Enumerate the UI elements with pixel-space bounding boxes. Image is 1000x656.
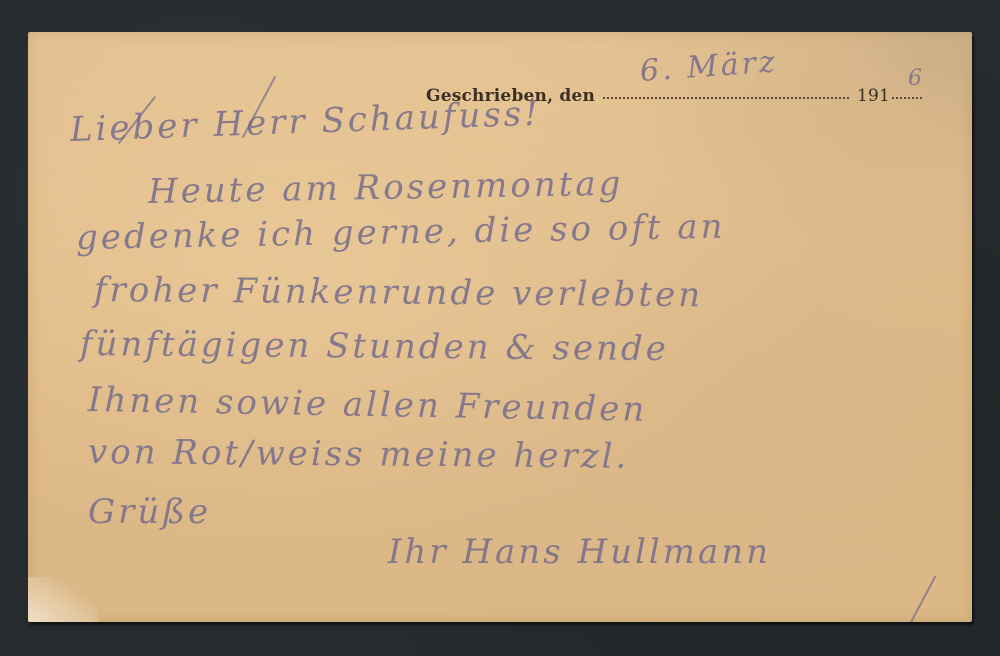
pen-stroke: [902, 576, 937, 622]
postcard: Geschrieben, den 191 6. März 6 Lieber He…: [28, 32, 972, 622]
letter-line: gedenke ich gerne, die so oft an: [76, 207, 726, 258]
handwritten-date: 6. März: [639, 44, 779, 89]
letter-line: von Rot/weiss meine herzl.: [88, 432, 630, 477]
letter-line-greeting: Grüße: [88, 492, 211, 532]
year-dotted-line: [892, 97, 922, 99]
salutation: Lieber Herr Schaufuss!: [69, 94, 541, 150]
letter-line: Ihnen sowie allen Freunden: [88, 380, 648, 430]
letter-line: froher Fünkenrunde verlebten: [94, 270, 703, 315]
printed-year-prefix: 191: [857, 86, 890, 106]
handwritten-year-digit: 6: [908, 66, 925, 91]
letter-line: fünftägigen Stunden & sende: [80, 324, 669, 369]
signature: Ihr Hans Hullmann: [388, 532, 771, 572]
letter-line: Heute am Rosenmontag: [148, 164, 624, 212]
date-dotted-line: [603, 97, 849, 99]
